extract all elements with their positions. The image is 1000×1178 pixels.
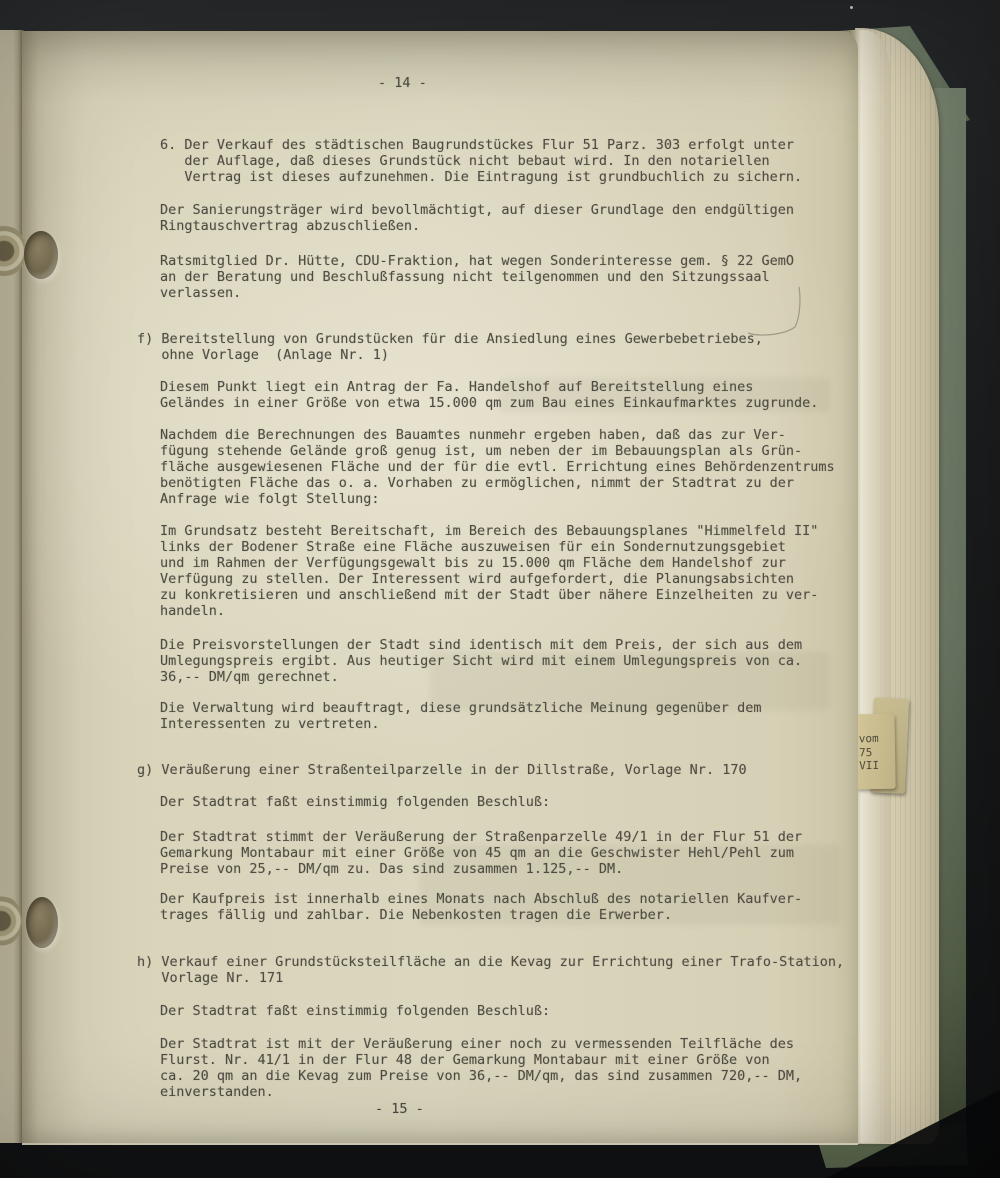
- paragraph-f-nachdem: Nachdem die Berechnungen des Bauamtes nu…: [160, 428, 835, 508]
- scanned-document-photo: vom 75 VII - 14 - 6. Der Verkauf des stä…: [0, 0, 1000, 1178]
- dust-speck: [850, 6, 853, 9]
- paragraph-item-6: 6. Der Verkauf des städtischen Baugrunds…: [160, 138, 802, 186]
- binder-hole-bottom: [26, 897, 58, 948]
- previous-page-sliver: [0, 30, 24, 1143]
- paragraph-ratsmitglied: Ratsmitglied Dr. Hütte, CDU-Fraktion, ha…: [160, 254, 794, 302]
- binder-hole-top: [24, 231, 58, 279]
- paragraph-g-kaufpreis: Der Kaufpreis ist innerhalb eines Monats…: [160, 892, 802, 924]
- page-number-top: - 14 -: [378, 76, 427, 92]
- archive-tab-label: vom 75 VII: [859, 732, 880, 773]
- paragraph-f-preisvorstellungen: Die Preisvorstellungen der Stadt sind id…: [160, 638, 802, 686]
- paragraph-f-grundsatz: Im Grundsatz besteht Bereitschaft, im Be…: [160, 524, 818, 619]
- paragraph-g-beschluss: Der Stadtrat stimmt der Veräußerung der …: [160, 830, 802, 878]
- paragraph-g-beschluss-intro: Der Stadtrat faßt einstimmig folgenden B…: [160, 795, 550, 811]
- paragraph-f-antrag: Diesem Punkt liegt ein Antrag der Fa. Ha…: [160, 380, 818, 412]
- paragraph-h-beschluss: Der Stadtrat ist mit der Veräußerung ein…: [160, 1037, 802, 1101]
- archive-index-tab-front: vom 75 VII: [855, 714, 895, 790]
- page-bottom-shadow: [0, 1143, 860, 1178]
- heading-item-h: h) Verkauf einer Grundstücksteilfläche a…: [137, 955, 844, 987]
- paragraph-f-verwaltung: Die Verwaltung wird beauftragt, diese gr…: [160, 701, 761, 733]
- pencil-checkmark: [740, 280, 810, 340]
- page-number-bottom: - 15 -: [375, 1102, 424, 1118]
- heading-item-g: g) Veräußerung einer Straßenteilparzelle…: [137, 763, 747, 779]
- paragraph-h-beschluss-intro: Der Stadtrat faßt einstimmig folgenden B…: [160, 1004, 550, 1020]
- heading-item-f: f) Bereitstellung von Grundstücken für d…: [137, 332, 763, 364]
- paragraph-sanierungstraeger: Der Sanierungsträger wird bevollmächtigt…: [160, 203, 794, 235]
